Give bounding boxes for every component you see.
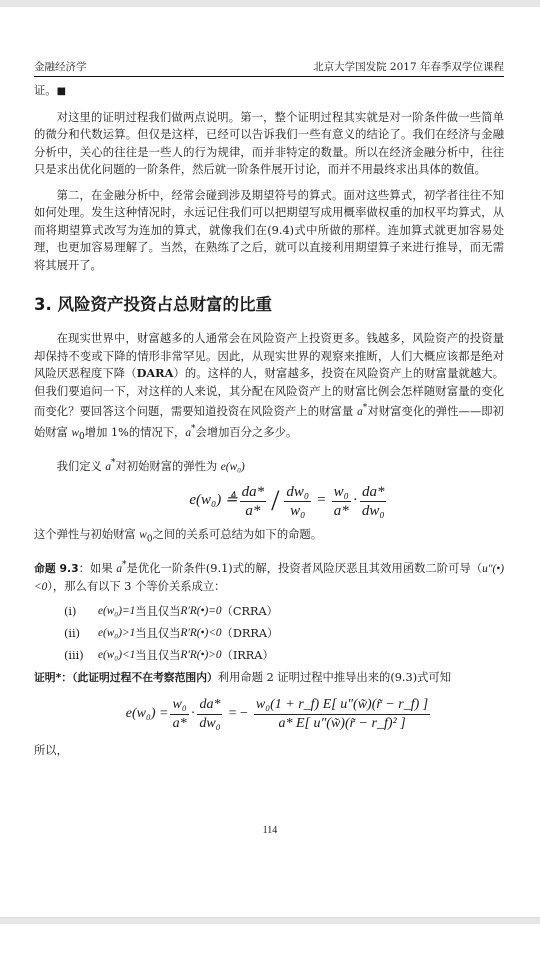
header-course-title: 北京大学国发院 2017 年春季双学位课程 [313,59,504,74]
proposition-label: 命题 9.3 [34,562,79,575]
proof-intro: 证明*：（此证明过程不在考察范围内）利用命题 2 证明过程中推导出来的(9.3)… [34,669,504,687]
page-number: 114 [0,825,540,836]
paragraph-define-elasticity: 我们定义 a*对初始财富的弹性为 e(w₀) [34,455,504,476]
equivalence-item-irra: (iii) e(w₀)<1 当且仅当 R′R(•)>0（IRRA） [64,645,504,667]
formula-elasticity-definition: e(w₀) ≜ da*a* / dw₀w₀ = w₀a* · da*dw₀ [74,476,504,526]
proposition-9-3: 命题 9.3：如果 a*是优化一阶条件(9.1)式的解，投资者风险厌恶且其效用函… [34,557,504,597]
paragraph-so: 所以， [34,742,504,760]
paragraph-remark-2: 第二，在金融分析中，经常会碰到涉及期望符号的算式。面对这些算式，初学者往往不知如… [34,187,504,275]
formula-elasticity-expression: e(w₀) = w₀a* · da*dw₀ = − w₀(1 + r_f) E[… [54,686,504,742]
proof-end-line: 证。■ [34,82,504,101]
header-book-title: 金融经济学 [34,59,87,74]
proof-label: 证明*：（此证明过程不在考察范围内） [34,671,218,684]
paragraph-intro: 在现实世界中，财富越多的人通常会在风险资产上投资更多。钱越多，风险资产的投资量却… [34,330,504,447]
running-header: 金融经济学 北京大学国发院 2017 年春季双学位课程 [34,56,504,77]
qed-symbol: ■ [57,86,66,97]
section-heading: 3. 风险资产投资占总财富的比重 [34,294,504,316]
equivalence-item-crra: (i) e(w₀)=1 当且仅当 R′R(•)=0（CRRA） [64,601,504,623]
paragraph-remark-1: 对这里的证明过程我们做两点说明。第一，整个证明过程其实就是对一阶条件做一些简单的… [34,109,504,179]
equivalence-item-drra: (ii) e(w₀)>1 当且仅当 R′R(•)<0（DRRA） [64,623,504,645]
paragraph-relation: 这个弹性与初始财富 w0之间的关系可总结为如下的命题。 [34,526,504,549]
page-separator [0,917,540,924]
page-content: 证。■ 对这里的证明过程我们做两点说明。第一，整个证明过程其实就是对一阶条件做一… [34,82,504,760]
top-scroll-gutter [0,0,540,7]
